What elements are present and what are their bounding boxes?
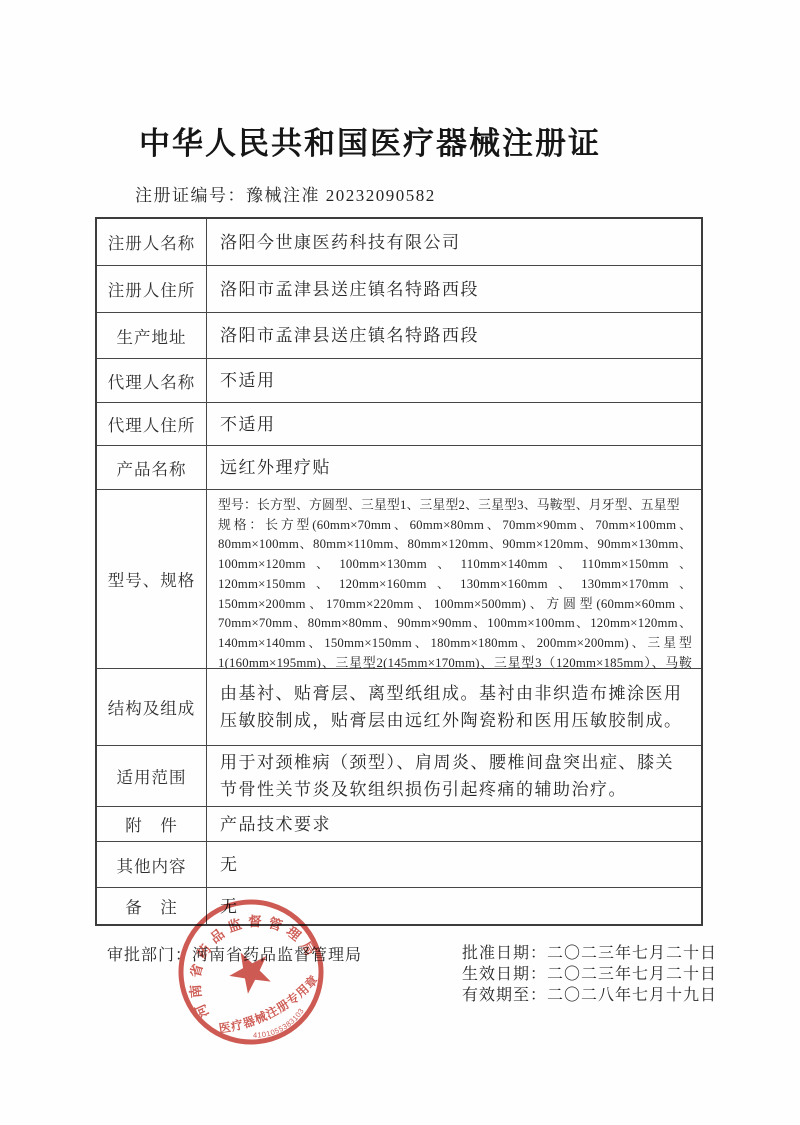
table-row-production-address: 生产地址 洛阳市孟津县送庄镇名特路西段 [97,312,701,358]
certificate-table: 注册人名称 洛阳今世康医药科技有限公司 注册人住所 洛阳市孟津县送庄镇名特路西段… [95,217,703,926]
approval-date-label: 批准日期： [462,945,547,962]
row-label: 产品名称 [97,446,207,489]
table-row-structure: 结构及组成 由基衬、贴膏层、离型纸组成。基衬由非织造布摊涂医用压敏胶制成，贴膏层… [97,668,701,745]
expiry-date-line: 有效期至：二〇二八年七月十九日 [462,986,717,1006]
table-row-attachment: 附 件 产品技术要求 [97,806,701,841]
row-value: 型号：长方型、方圆型、三星型1、三星型2、三星型3、马鞍型、月牙型、五星型 规格… [207,490,701,668]
effective-date-line: 生效日期：二〇二三年七月二十日 [462,965,717,985]
row-value: 不适用 [207,359,701,402]
row-label: 生产地址 [97,313,207,358]
row-value: 无 [207,888,701,924]
table-row-registrant-address: 注册人住所 洛阳市孟津县送庄镇名特路西段 [97,265,701,312]
table-row-registrant-name: 注册人名称 洛阳今世康医药科技有限公司 [97,219,701,265]
row-label: 结构及组成 [97,669,207,745]
approval-department-line: 审批部门：河南省药品监督管理局 [107,942,362,965]
row-label: 适用范围 [97,746,207,806]
approval-date-value: 二〇二三年七月二十日 [547,945,717,962]
row-label: 注册人住所 [97,266,207,312]
row-value: 洛阳今世康医药科技有限公司 [207,219,701,265]
approval-department-label: 审批部门： [107,947,192,964]
page-title: 中华人民共和国医疗器械注册证 [0,118,740,163]
row-value: 产品技术要求 [207,807,701,841]
row-value: 由基衬、贴膏层、离型纸组成。基衬由非织造布摊涂医用压敏胶制成，贴膏层由远红外陶瓷… [207,669,701,745]
table-row-scope: 适用范围 用于对颈椎病（颈型）、肩周炎、腰椎间盘突出症、膝关节骨性关节炎及软组织… [97,745,701,806]
table-row-agent-name: 代理人名称 不适用 [97,358,701,402]
row-value: 远红外理疗贴 [207,446,701,489]
row-label: 其他内容 [97,842,207,887]
approval-date-line: 批准日期：二〇二三年七月二十日 [462,944,717,964]
row-label: 代理人名称 [97,359,207,402]
date-block: 批准日期：二〇二三年七月二十日 生效日期：二〇二三年七月二十日 有效期至：二〇二… [462,944,717,1007]
table-row-product-name: 产品名称 远红外理疗贴 [97,445,701,489]
spec-line: 规格：长方型(60mm×70mm、60mm×80mm、70mm×90mm、70m… [218,516,692,668]
effective-date-value: 二〇二三年七月二十日 [547,966,717,983]
row-label: 附 件 [97,807,207,841]
seal-number-text: 4101055383103 [249,1004,309,1046]
registration-number-line: 注册证编号：豫械注准 20232090582 [135,181,436,206]
table-row-model-spec: 型号、规格 型号：长方型、方圆型、三星型1、三星型2、三星型3、马鞍型、月牙型、… [97,489,701,668]
expiry-date-value: 二〇二八年七月十九日 [547,987,717,1004]
row-label: 备 注 [97,888,207,924]
approval-department-value: 河南省药品监督管理局 [192,947,362,964]
registration-number-label: 注册证编号： [135,186,246,205]
row-label: 型号、规格 [97,490,207,668]
row-label: 注册人名称 [97,219,207,265]
row-label: 代理人住所 [97,403,207,445]
row-value: 无 [207,842,701,887]
expiry-date-label: 有效期至： [462,987,547,1004]
row-value: 洛阳市孟津县送庄镇名特路西段 [207,266,701,312]
seal-purpose-arc: 医疗器械注册专用章 [213,969,326,1045]
registration-number-value: 豫械注准 20232090582 [246,186,436,205]
table-row-other-content: 其他内容 无 [97,841,701,887]
row-value: 洛阳市孟津县送庄镇名特路西段 [207,313,701,358]
table-row-agent-address: 代理人住所 不适用 [97,402,701,445]
model-line: 型号：长方型、方圆型、三星型1、三星型2、三星型3、马鞍型、月牙型、五星型 [218,496,692,516]
table-row-remarks: 备 注 无 [97,887,701,924]
seal-purpose-text: 医疗器械注册专用章 [213,969,326,1045]
seal-number-arc: 4101055383103 [249,1004,309,1046]
row-value: 不适用 [207,403,701,445]
row-value: 用于对颈椎病（颈型）、肩周炎、腰椎间盘突出症、膝关节骨性关节炎及软组织损伤引起疼… [207,746,701,806]
effective-date-label: 生效日期： [462,966,547,983]
certificate-page: 中华人民共和国医疗器械注册证 注册证编号：豫械注准 20232090582 注册… [0,0,800,1125]
